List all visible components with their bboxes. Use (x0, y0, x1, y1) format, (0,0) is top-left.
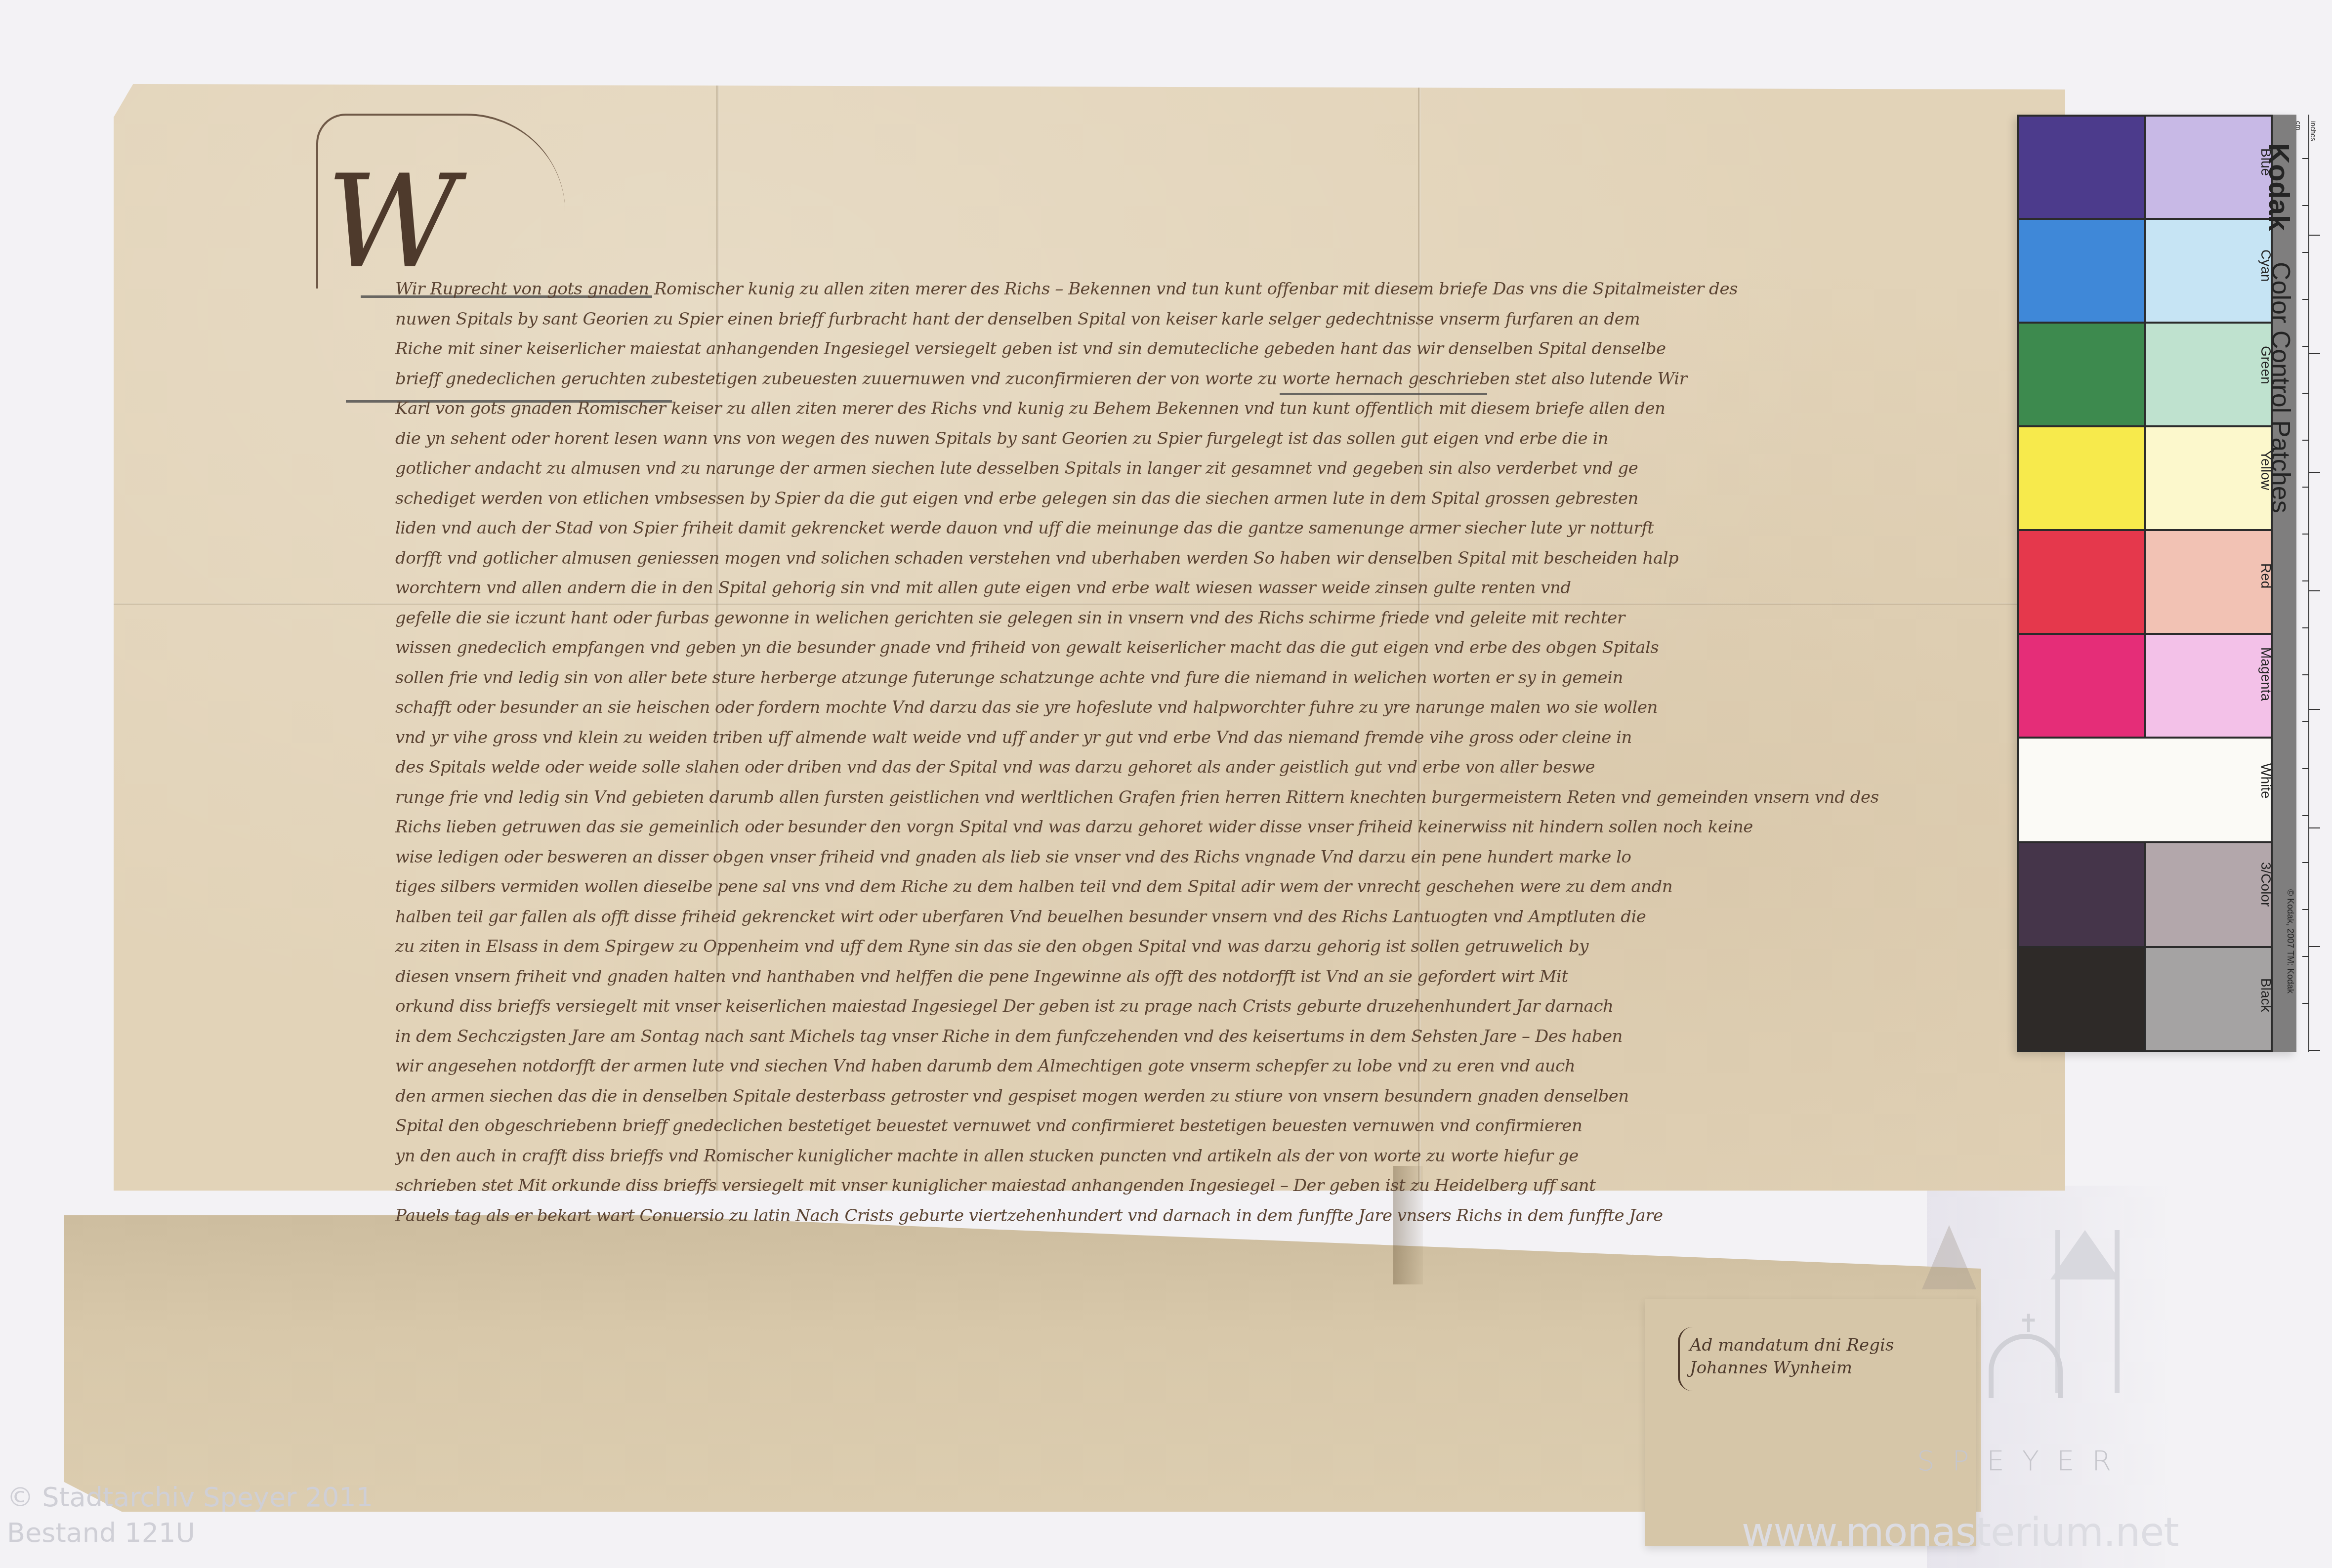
cm-tick (2302, 487, 2309, 488)
text-line: Spital den obgeschriebenn brieff gnedecl… (395, 1111, 1976, 1141)
inch-tick (2309, 827, 2320, 828)
cm-tick (2302, 815, 2309, 816)
patch-blue-dark (2019, 117, 2144, 218)
patch-blue-light (2146, 117, 2271, 218)
text-line: schafft oder besunder an sie heischen od… (395, 693, 1976, 723)
patch-yellow-light (2146, 427, 2271, 529)
text-line: schediget werden von etlichen vmbsessen … (395, 484, 1976, 514)
patch-label-blue: Blue (2258, 148, 2274, 176)
patch-green-dark (2019, 324, 2144, 425)
cm-tick (2302, 909, 2309, 910)
text-line: des Spitals welde oder weide solle slahe… (395, 752, 1976, 783)
text-line: wir angesehen notdorfft der armen lute v… (395, 1051, 1976, 1081)
inch-tick (2309, 946, 2320, 947)
patch-red-light (2146, 531, 2271, 633)
patch-cyan-light (2146, 220, 2271, 322)
patch-magenta-light (2146, 635, 2271, 737)
patch-row-green (2019, 324, 2271, 425)
ruler-edge-line (2308, 115, 2309, 1052)
cm-tick (2302, 252, 2309, 253)
charter-text: Wir Ruprecht von gots gnaden Romischer k… (395, 274, 1976, 1231)
patch-row-3color (2019, 843, 2271, 946)
text-line: gotlicher andacht zu almusen vnd zu naru… (395, 454, 1976, 484)
text-line: Richs lieben getruwen das sie gemeinlich… (395, 812, 1976, 842)
chancery-note-line: Johannes Wynheim (1690, 1357, 1927, 1379)
patch-label-green: Green (2258, 346, 2274, 384)
text-line: liden vnd auch der Stad von Spier frihei… (395, 513, 1976, 543)
cm-tick (2302, 956, 2309, 957)
text-line: tiges silbers vermiden wollen dieselbe p… (395, 872, 1976, 902)
cm-tick (2302, 674, 2309, 675)
text-line: vnd yr vihe gross vnd klein zu weiden tr… (395, 723, 1976, 753)
cm-tick (2302, 346, 2309, 347)
cm-tick (2302, 205, 2309, 206)
text-line: Pauels tag als er bekart wart Conuersio … (395, 1201, 1976, 1231)
text-line: worchtern vnd allen andern die in den Sp… (395, 573, 1976, 603)
patch-row-cyan (2019, 220, 2271, 322)
patch-magenta-dark (2019, 635, 2144, 737)
patch-row-black (2019, 948, 2271, 1050)
text-line: runge frie vnd ledig sin Vnd gebieten da… (395, 783, 1976, 813)
text-line: Wir Ruprecht von gots gnaden Romischer k… (395, 274, 1976, 304)
cm-tick (2302, 627, 2309, 628)
cm-tick (2302, 158, 2309, 159)
text-line: nuwen Spitals by sant Georien zu Spier e… (395, 304, 1976, 334)
text-line: schrieben stet Mit orkunde diss brieffs … (395, 1171, 1976, 1201)
collection-line: Bestand 121U (7, 1515, 373, 1551)
cathedral-tower-icon (2055, 1230, 2120, 1393)
cm-tick (2302, 721, 2309, 722)
cm-tick (2302, 534, 2309, 535)
inch-tick (2309, 235, 2320, 236)
patch-label-red: Red (2258, 563, 2274, 588)
text-line: zu ziten in Elsass in dem Spirgew zu Opp… (395, 932, 1976, 962)
text-line: orkund diss brieffs versiegelt mit vnser… (395, 991, 1976, 1022)
patch-row-red (2019, 531, 2271, 633)
patch-label-3color: 3/Color (2258, 862, 2274, 907)
flourish-brace (1678, 1327, 1695, 1391)
patch-white (2019, 739, 2271, 841)
inch-tick (2309, 472, 2320, 473)
logo-spire-icon (1922, 1225, 1976, 1289)
cm-tick (2302, 1003, 2309, 1004)
copyright-watermark: © Stadtarchiv Speyer 2011 Bestand 121U (7, 1480, 373, 1551)
patch-green-light (2146, 324, 2271, 425)
unit-inches-label: inches (2309, 121, 2317, 141)
patch-black-dark (2019, 948, 2144, 1050)
inch-tick (2309, 590, 2320, 591)
cm-tick (2302, 299, 2309, 300)
text-line: in dem Sechczigsten Jare am Sontag nach … (395, 1022, 1976, 1052)
patch-row-yellow (2019, 427, 2271, 529)
color-control-chart (2017, 115, 2296, 1052)
city-watermark: SPEYER (1917, 1445, 2129, 1477)
patch-3color-dark (2019, 843, 2144, 946)
cm-tick (2302, 862, 2309, 863)
chancery-note-line: Ad mandatum dni Regis (1690, 1334, 1927, 1357)
text-line: Riche mit siner keiserlicher maiestat an… (395, 334, 1976, 364)
unit-cm-label: cm (2294, 121, 2302, 130)
patch-cyan-dark (2019, 220, 2144, 322)
text-line: brieff gnedeclichen geruchten zubestetig… (395, 364, 1976, 394)
text-line: gefelle die sie iczunt hant oder furbas … (395, 603, 1976, 633)
inch-tick (2309, 709, 2320, 710)
copyright-line: © Stadtarchiv Speyer 2011 (7, 1480, 373, 1515)
patch-label-yellow: Yellow (2258, 451, 2274, 490)
patch-row-white (2019, 739, 2271, 841)
patch-label-black: Black (2258, 978, 2274, 1012)
text-line: halben teil gar fallen als offt disse fr… (395, 902, 1976, 932)
text-line: wise ledigen oder besweren an disser obg… (395, 842, 1976, 872)
text-line: den armen siechen das die in denselben S… (395, 1081, 1976, 1112)
text-line: sollen frie vnd ledig sin von aller bete… (395, 663, 1976, 693)
patch-row-magenta (2019, 635, 2271, 737)
text-line: diesen vnsern friheit vnd gnaden halten … (395, 962, 1976, 992)
chancery-note: Ad mandatum dni Regis Johannes Wynheim (1690, 1334, 1927, 1433)
site-watermark: www.monasterium.net (1742, 1509, 2179, 1555)
patch-3color-light (2146, 843, 2271, 946)
cm-tick (2302, 440, 2309, 441)
cm-tick (2302, 768, 2309, 769)
patch-red-dark (2019, 531, 2144, 633)
inch-tick (2309, 353, 2320, 354)
cm-tick (2302, 393, 2309, 394)
patch-label-cyan: Cyan (2258, 249, 2274, 282)
text-line: yn den auch in crafft diss brieffs vnd R… (395, 1141, 1976, 1171)
inch-tick (2309, 1050, 2320, 1051)
patch-yellow-dark (2019, 427, 2144, 529)
patch-label-white: White (2258, 763, 2274, 799)
text-line: die yn sehent oder horent lesen wann vns… (395, 424, 1976, 454)
patch-black-light (2146, 948, 2271, 1050)
cm-tick (2302, 580, 2309, 581)
kodak-copyright: © Kodak, 2007 TM: Kodak (2285, 889, 2295, 993)
text-line: dorfft vnd gotlicher almusen geniessen m… (395, 543, 1976, 574)
text-line: wissen gnedeclich empfangen vnd geben yn… (395, 633, 1976, 663)
patch-label-magenta: Magenta (2258, 647, 2274, 701)
patch-row-blue (2019, 117, 2271, 218)
text-line: Karl von gots gnaden Romischer keiser zu… (395, 394, 1976, 424)
